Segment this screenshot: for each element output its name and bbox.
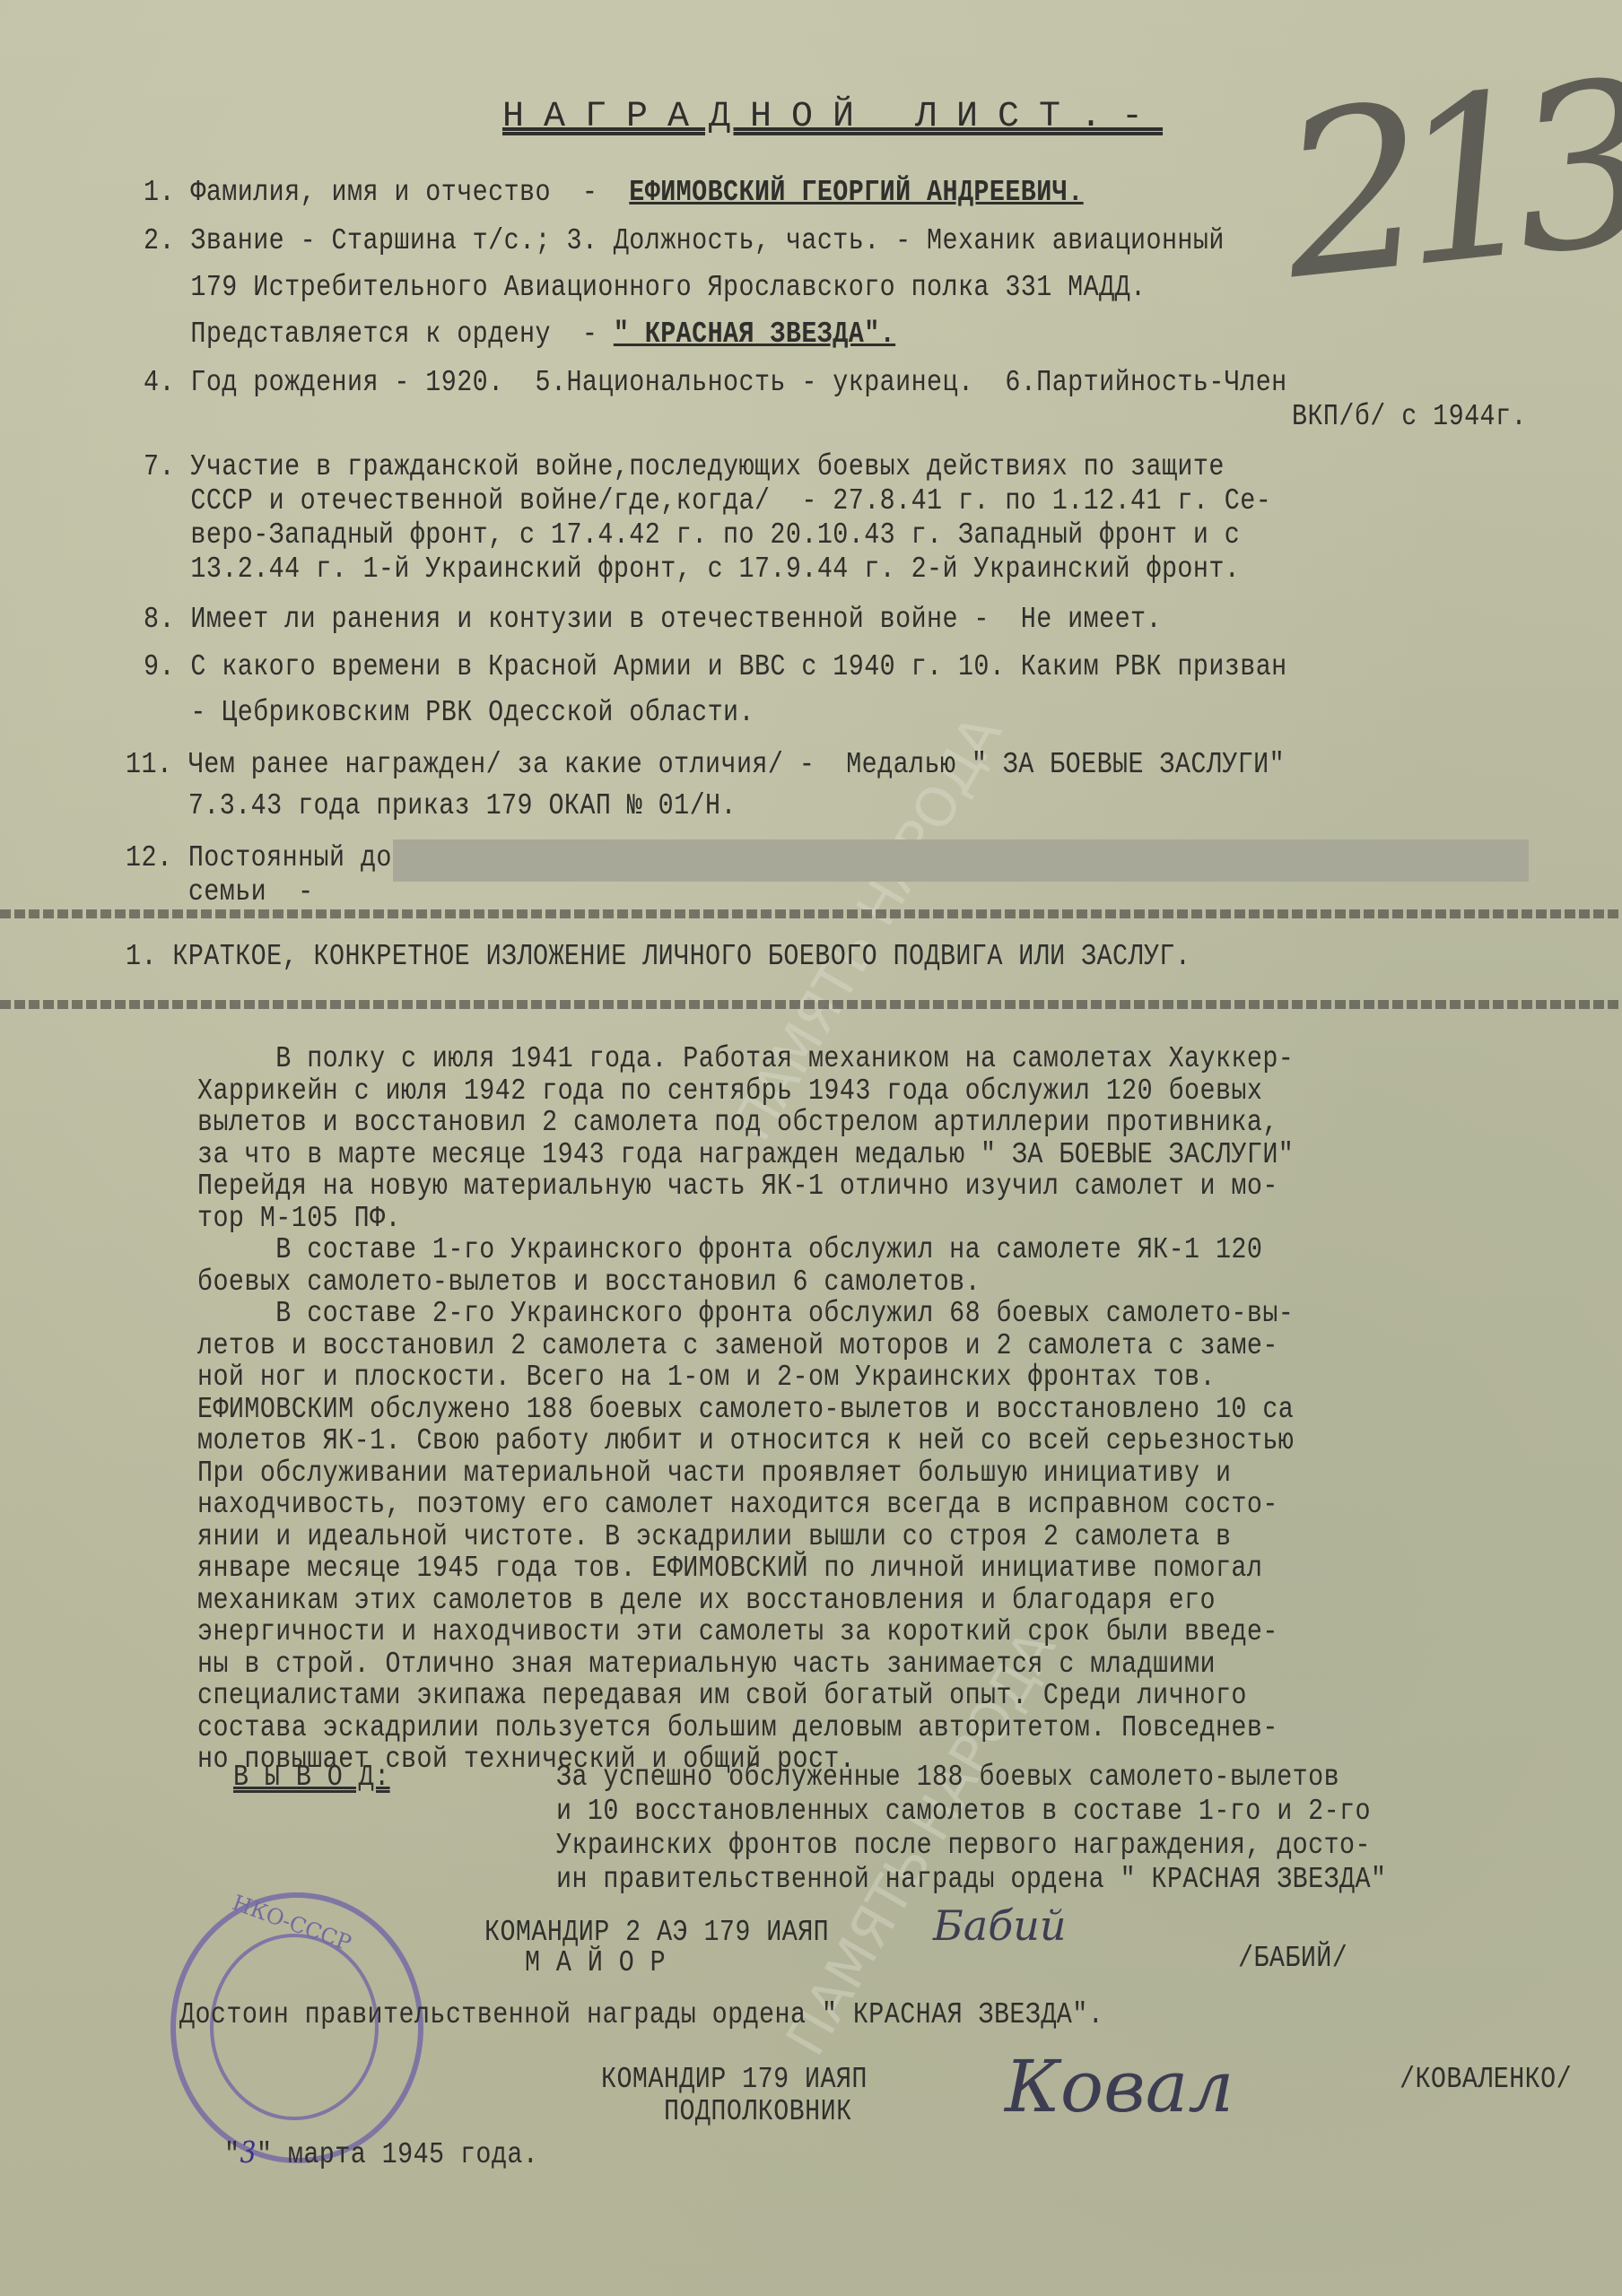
award-sheet-page: ПАМЯТЬ НАРОДА ПАМЯТЬ НАРОДА НАГРАДНОЙ ЛИ… <box>0 0 1622 2296</box>
commander2-title: КОМАНДИР 179 ИАЯП <box>601 2063 868 2096</box>
conclusion-line: и 10 восстановленных самолетов в составе… <box>556 1795 1371 1828</box>
item-2: 2. Звание - Старшина т/с.; 3. Должность,… <box>144 224 1225 257</box>
item-8: 8. Имеет ли ранения и контузии в отечест… <box>144 603 1162 636</box>
item-9-line2: - Цебриковским РВК Одесской области. <box>144 696 754 729</box>
conclusion-line: ин правительственной награды ордена " КР… <box>556 1863 1386 1896</box>
citation-line: В составе 1-го Украинского фронта обслуж… <box>197 1233 1262 1266</box>
item-label: Представляется к ордену - <box>144 317 614 351</box>
commander2-signature: Ковал <box>1005 2045 1234 2128</box>
conclusion-line: Украинских фронтов после первого награжд… <box>556 1829 1371 1862</box>
section-heading: 1. КРАТКОЕ, КОНКРЕТНОЕ ИЗЛОЖЕНИЕ ЛИЧНОГО… <box>126 940 1190 973</box>
conclusion-line: За успешно обслуженные 188 боевых самоле… <box>556 1761 1339 1794</box>
citation-line: янии и идеальной чистоте. В эскадрилии в… <box>197 1520 1231 1553</box>
date-day: 3 <box>240 2135 256 2170</box>
citation-line: находчивость, поэтому его самолет находи… <box>197 1488 1278 1521</box>
order-name: " КРАСНАЯ ЗВЕЗДА". <box>614 317 895 351</box>
citation-line: вылетов и восстановил 2 самолета под обс… <box>197 1106 1278 1139</box>
citation-line: В составе 2-го Украинского фронта обслуж… <box>197 1297 1294 1330</box>
commander1-signature: Бабий <box>933 1901 1067 1950</box>
item-7-line2: СССР и отечественной войне/где,когда/ - … <box>144 484 1271 517</box>
item-2-unit: 179 Истребительного Авиационного Ярослав… <box>144 271 1146 304</box>
citation-line: тор М-105 ПФ. <box>197 1202 401 1235</box>
item-7-line3: веро-Западный фронт, с 17.4.42 г. по 20.… <box>144 518 1240 552</box>
endorsement: Достоин правительственной награды ордена… <box>179 1998 1103 2031</box>
item-4: 4. Год рождения - 1920. 5.Национальность… <box>144 366 1287 399</box>
citation-line: летов и восстановил 2 самолета с заменой… <box>197 1329 1278 1362</box>
item-3-order: Представляется к ордену - " КРАСНАЯ ЗВЕЗ… <box>144 317 895 351</box>
citation-line: специалистами экипажа передавая им свой … <box>197 1679 1247 1712</box>
citation-line: ной ног и плоскости. Всего на 1-ом и 2-о… <box>197 1361 1216 1394</box>
citation-line: механикам этих самолетов в деле их восст… <box>197 1584 1216 1617</box>
date-quote: " <box>224 2138 240 2171</box>
citation-line: состава эскадрилии пользуется большим де… <box>197 1711 1278 1744</box>
citation-line: энергичности и находчивости эти самолеты… <box>197 1615 1278 1648</box>
item-7-line4: 13.2.44 г. 1-й Украинский фронт, с 17.9.… <box>144 552 1240 586</box>
item-11-line2: 7.3.43 года приказ 179 ОКАП № 01/Н. <box>126 789 737 822</box>
item-4-party: ВКП/б/ с 1944г. <box>1292 400 1527 433</box>
citation-line: ны в строй. Отлично зная материальную ча… <box>197 1648 1216 1681</box>
item-label: 1. Фамилия, имя и отчество - <box>144 176 629 209</box>
item-7: 7. Участие в гражданской войне,последующ… <box>144 450 1225 483</box>
commander2-name: /КОВАЛЕНКО/ <box>1400 2063 1572 2096</box>
commander1-name: /БАБИЙ/ <box>1238 1942 1347 1975</box>
citation-line: за что в марте месяце 1943 года награжде… <box>197 1138 1294 1171</box>
conclusion-label: В Ы В О Д: <box>233 1761 390 1794</box>
divider <box>0 909 1622 918</box>
citation-line: январе месяце 1945 года тов. ЕФИМОВСКИЙ … <box>197 1552 1262 1585</box>
commander2-rank: ПОДПОЛКОВНИК <box>664 2095 852 2128</box>
citation-line: молетов ЯК-1. Свою работу любит и относи… <box>197 1424 1294 1457</box>
date-rest: " марта 1945 года. <box>257 2138 538 2171</box>
commander1-title: КОМАНДИР 2 АЭ 179 ИАЯП <box>484 1916 829 1949</box>
citation-line: ЕФИМОВСКИМ обслужено 188 боевых самолето… <box>197 1393 1294 1426</box>
item-9: 9. С какого времени в Красной Армии и ВВ… <box>144 650 1287 683</box>
citation-line: В полку с июля 1941 года. Работая механи… <box>197 1042 1294 1075</box>
item-1: 1. Фамилия, имя и отчество - ЕФИМОВСКИЙ … <box>144 176 1084 209</box>
document-title: НАГРАДНОЙ ЛИСТ.- <box>502 97 1163 137</box>
redacted-address <box>393 839 1529 882</box>
citation-line: Перейдя на новую материальную часть ЯК-1… <box>197 1170 1278 1203</box>
date-line: "3" марта 1945 года. <box>224 2135 538 2171</box>
item-11: 11. Чем ранее награжден/ за какие отличи… <box>126 748 1285 781</box>
item-12-line2: семьи - <box>126 875 314 909</box>
citation-line: При обслуживании материальной части проя… <box>197 1457 1231 1490</box>
handwritten-number: 2139 <box>1270 22 1622 329</box>
citation-line: боевых самолето-вылетов и восстановил 6 … <box>197 1265 981 1299</box>
divider <box>0 1000 1622 1009</box>
citation-line: Харрикейн с июля 1942 года по сентябрь 1… <box>197 1074 1262 1108</box>
full-name: ЕФИМОВСКИЙ ГЕОРГИЙ АНДРЕЕВИЧ. <box>629 176 1083 209</box>
commander1-rank: М А Й О Р <box>525 1946 666 1979</box>
